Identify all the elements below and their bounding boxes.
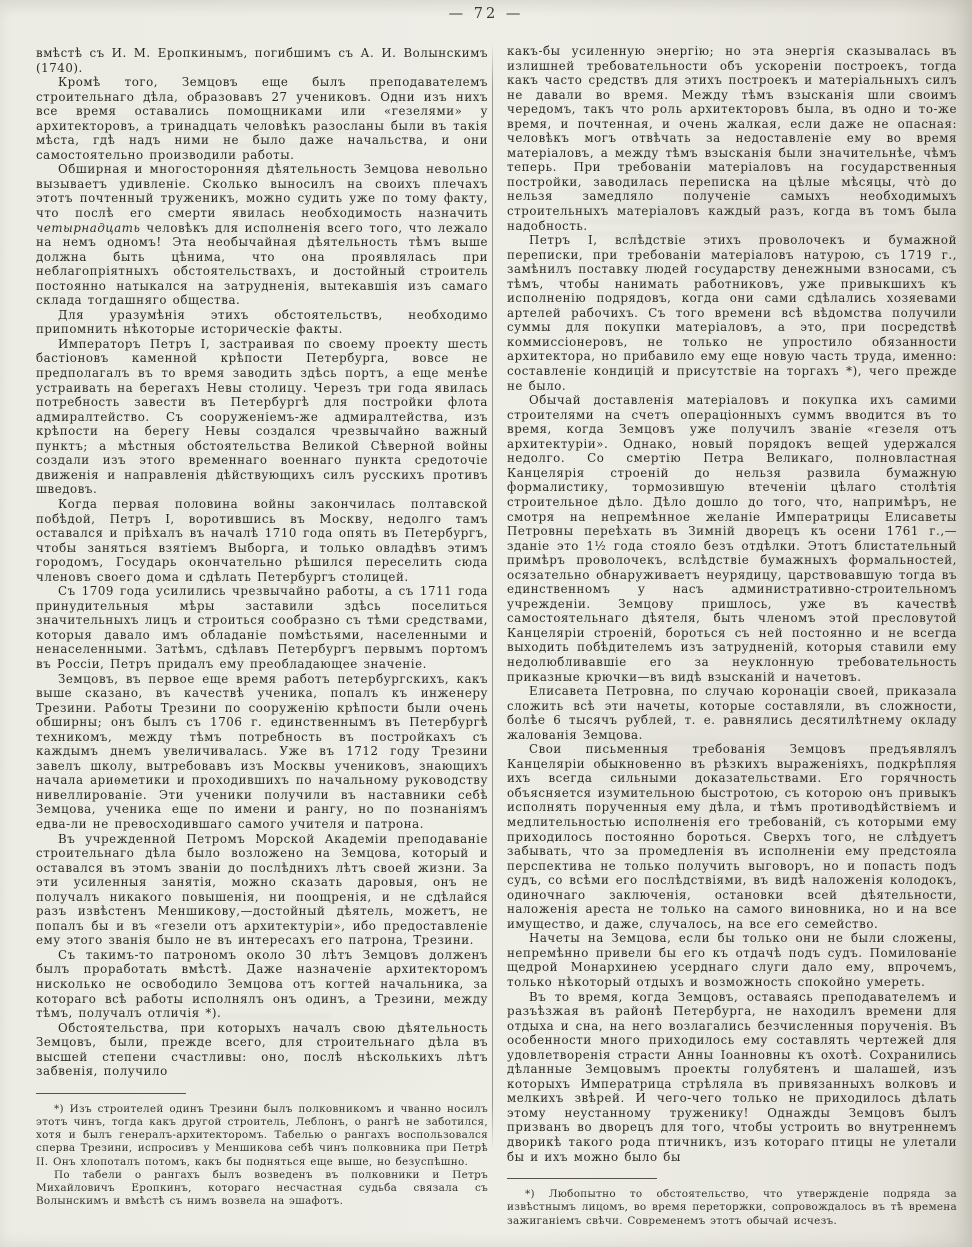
footnotes: *) Любопытно то обстоятельство, что утве… bbox=[507, 1188, 957, 1228]
paragraph-text: Обширная и многосторонняя дѣятельность З… bbox=[36, 162, 488, 220]
paragraph: вмѣстѣ съ И. М. Еропкинымъ, погибшимъ съ… bbox=[36, 46, 488, 75]
paragraph: Съ такимъ-то патрономъ около 30 лѣтъ Зем… bbox=[36, 948, 488, 1021]
footnote: *) Изъ строителей одинъ Трезини былъ пол… bbox=[36, 1103, 488, 1169]
paragraph: Кромѣ того, Земцовъ еще былъ преподавате… bbox=[36, 75, 488, 162]
paragraph: Съ 1709 года усилились чрезвычайно работ… bbox=[36, 584, 488, 671]
paragraph: Петръ I, вслѣдствіе этихъ проволочекъ и … bbox=[507, 233, 957, 393]
paragraph: Императоръ Петръ I, застраивая по своему… bbox=[36, 337, 488, 497]
paragraph: Начеты на Земцова, если бы только они не… bbox=[507, 931, 957, 989]
footnote: *) Любопытно то обстоятельство, что утве… bbox=[507, 1188, 957, 1228]
column-divider-rule bbox=[492, 44, 493, 1149]
paragraph: Свои письменныя требованія Земцовъ предъ… bbox=[507, 742, 957, 931]
paragraph: Обширная и многосторонняя дѣятельность З… bbox=[36, 162, 488, 307]
paragraph: Обычай доставленія матеріаловъ и покупка… bbox=[507, 393, 957, 684]
left-column: вмѣстѣ съ И. М. Еропкинымъ, погибшимъ съ… bbox=[36, 46, 488, 1241]
emphasized-word: четырнадцать bbox=[36, 221, 140, 235]
right-column: какъ-бы усиленную энергію; но эта энергі… bbox=[507, 44, 957, 1242]
scanned-page: — 72 — вмѣстѣ съ И. М. Еропкинымъ, погиб… bbox=[0, 0, 972, 1247]
paragraph: Для уразумѣнія этихъ обстоятельствъ, нео… bbox=[36, 308, 488, 337]
paragraph: какъ-бы усиленную энергію; но эта энергі… bbox=[507, 44, 957, 233]
footnote: По табели о рангахъ былъ возведенъ въ по… bbox=[36, 1169, 488, 1209]
footnote-rule bbox=[507, 1178, 657, 1179]
footnotes: *) Изъ строителей одинъ Трезини былъ пол… bbox=[36, 1103, 488, 1209]
paragraph: Земцовъ, въ первое еще время работъ пете… bbox=[36, 672, 488, 832]
page-number: — 72 — bbox=[0, 6, 972, 22]
paragraph: Въ то время, когда Земцовъ, оставаясь пр… bbox=[507, 990, 957, 1165]
paragraph: Елисавета Петровна, по случаю коронаціи … bbox=[507, 684, 957, 742]
paragraph: Обстоятельства, при которыхъ началъ свою… bbox=[36, 1021, 488, 1079]
paragraph: Когда первая половина войны закончилась … bbox=[36, 497, 488, 584]
paragraph: Въ учрежденной Петромъ Морской Академіи … bbox=[36, 832, 488, 948]
footnote-rule bbox=[36, 1093, 186, 1094]
